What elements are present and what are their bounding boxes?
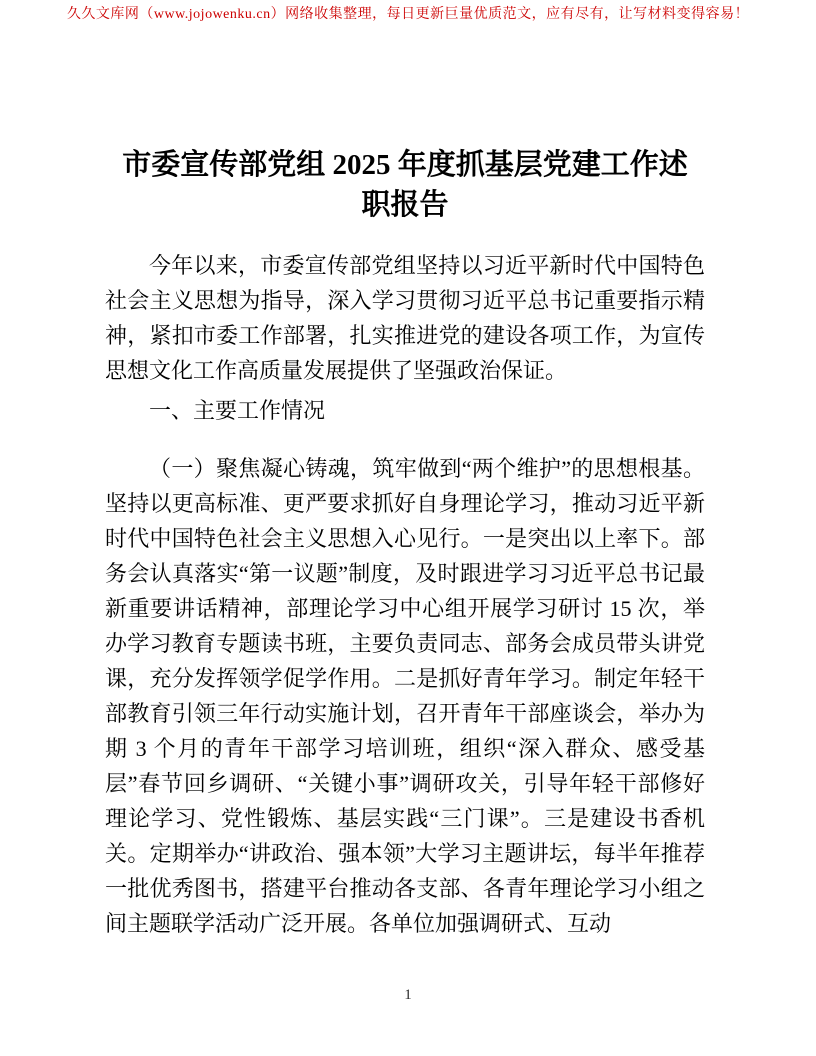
document-body: 市委宣传部党组 2025 年度抓基层党建工作述 职报告 今年以来，市委宣传部党组… (105, 0, 705, 941)
document-title-line1: 市委宣传部党组 2025 年度抓基层党建工作述 (105, 145, 705, 185)
document-page: 久久文库网（www.jojowenku.cn）网络收集整理，每日更新巨量优质范文… (0, 0, 816, 1056)
page-number: 1 (0, 984, 816, 1006)
section-1-paragraph: （一）聚焦凝心铸魂，筑牢做到“两个维护”的思想根基。坚持以更高标准、更严要求抓好… (105, 451, 705, 941)
document-title: 市委宣传部党组 2025 年度抓基层党建工作述 职报告 (105, 145, 705, 225)
document-title-line2: 职报告 (105, 185, 705, 225)
section-1-heading: 一、主要工作情况 (105, 393, 705, 428)
intro-paragraph: 今年以来，市委宣传部党组坚持以习近平新时代中国特色社会主义思想为指导，深入学习贯… (105, 248, 705, 388)
